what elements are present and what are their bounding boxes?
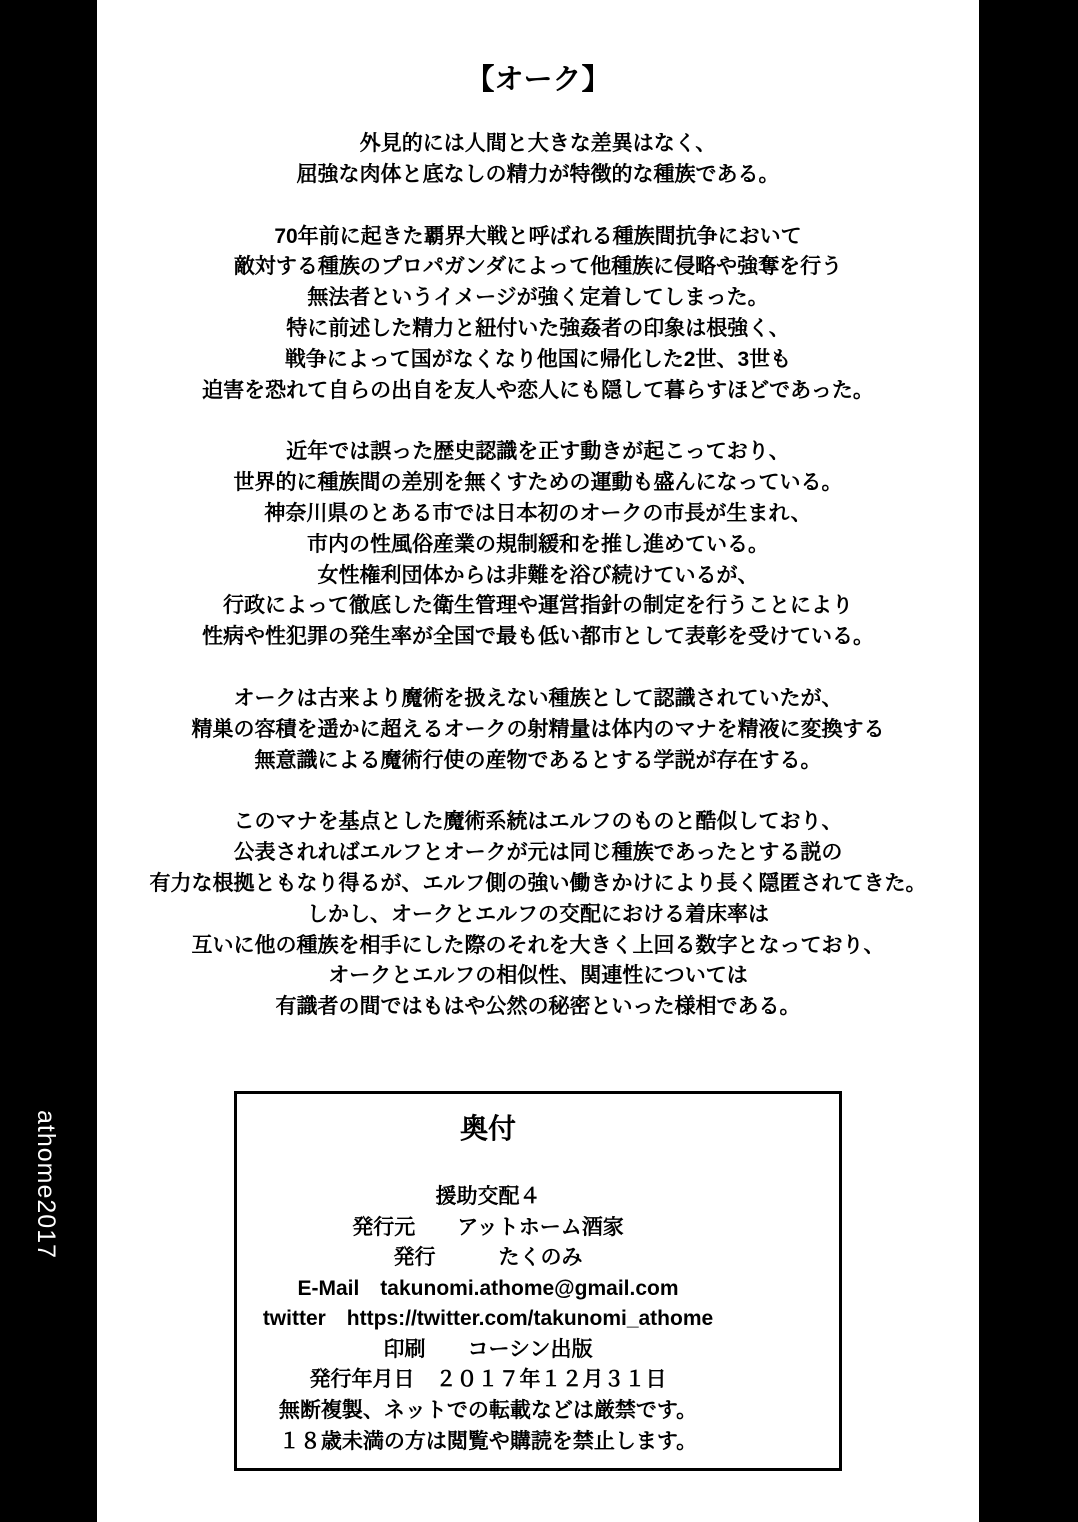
left-black-bar — [0, 0, 97, 1522]
colophon-line-author: 発行 たくのみ — [237, 1243, 739, 1274]
paragraph-1: 外見的には人間と大きな差異はなく、 屈強な肉体と底なしの精力が特徴的な種族である… — [97, 129, 979, 191]
body-line: 外見的には人間と大きな差異はなく、 — [97, 129, 979, 160]
colophon-title: 奥付 — [237, 1112, 739, 1146]
body-line: 互いに他の種族を相手にした際のそれを大きく上回る数字となっており、 — [97, 931, 979, 962]
body-line: 公表されればエルフとオークが元は同じ種族であったとする説の — [97, 838, 979, 869]
right-black-bar — [979, 0, 1078, 1522]
colophon-line-age-restriction: １８歳未満の方は閲覧や購読を禁止します。 — [237, 1427, 739, 1458]
body-line: 女性権利団体からは非難を浴び続けているが、 — [97, 561, 979, 592]
body-line: オークは古来より魔術を扱えない種族として認識されていたが、 — [97, 684, 979, 715]
colophon-line-email: E-Mail takunomi.athome@gmail.com — [237, 1274, 739, 1305]
body-line: 近年では誤った歴史認識を正す動きが起こっており、 — [97, 437, 979, 468]
article-title: 【オーク】 — [97, 62, 979, 98]
colophon-box: 奥付 援助交配４ 発行元 アットホーム酒家 発行 たくのみ E-Mail tak… — [234, 1091, 842, 1471]
body-line: 無意識による魔術行使の産物であるとする学説が存在する。 — [97, 746, 979, 777]
body-line: 精巣の容積を遥かに超えるオークの射精量は体内のマナを精液に変換する — [97, 715, 979, 746]
colophon-line-publish-date: 発行年月日 ２０１７年１２月３１日 — [237, 1365, 739, 1396]
body-line: 行政によって徹底した衛生管理や運営指針の制定を行うことにより — [97, 591, 979, 622]
body-line: このマナを基点とした魔術系統はエルフのものと酷似しており、 — [97, 807, 979, 838]
body-line: 屈強な肉体と底なしの精力が特徴的な種族である。 — [97, 160, 979, 191]
body-line: 特に前述した精力と紐付いた強姦者の印象は根強く、 — [97, 314, 979, 345]
body-line: 性病や性犯罪の発生率が全国で最も低い都市として表彰を受けている。 — [97, 622, 979, 653]
colophon-line-book-title: 援助交配４ — [237, 1182, 739, 1213]
paragraph-4: オークは古来より魔術を扱えない種族として認識されていたが、 精巣の容積を遥かに超… — [97, 684, 979, 776]
body-line: 戦争によって国がなくなり他国に帰化した2世、3世も — [97, 345, 979, 376]
body-line: 市内の性風俗産業の規制緩和を推し進めている。 — [97, 530, 979, 561]
body-line: しかし、オークとエルフの交配における着床率は — [97, 900, 979, 931]
body-line: 70年前に起きた覇界大戦と呼ばれる種族間抗争において — [97, 222, 979, 253]
body-line: 迫害を恐れて自らの出自を友人や恋人にも隠して暮らすほどであった。 — [97, 376, 979, 407]
body-line: 敵対する種族のプロパガンダによって他種族に侵略や強奪を行う — [97, 252, 979, 283]
body-line: 世界的に種族間の差別を無くすための運動も盛んになっている。 — [97, 468, 979, 499]
body-line: 有識者の間ではもはや公然の秘密といった様相である。 — [97, 992, 979, 1023]
colophon-line-copyright-notice: 無断複製、ネットでの転載などは厳禁です。 — [237, 1396, 739, 1427]
body-line: 神奈川県のとある市では日本初のオークの市長が生まれ、 — [97, 499, 979, 530]
colophon-content: 奥付 援助交配４ 発行元 アットホーム酒家 発行 たくのみ E-Mail tak… — [237, 1094, 839, 1468]
body-line: オークとエルフの相似性、関連性については — [97, 961, 979, 992]
colophon-line-printer: 印刷 コーシン出版 — [237, 1335, 739, 1366]
paragraph-3: 近年では誤った歴史認識を正す動きが起こっており、 世界的に種族間の差別を無くすた… — [97, 437, 979, 653]
colophon-line-publisher: 発行元 アットホーム酒家 — [237, 1213, 739, 1244]
spine-text: athome2017 — [31, 1110, 60, 1259]
paragraph-2: 70年前に起きた覇界大戦と呼ばれる種族間抗争において 敵対する種族のプロパガンダ… — [97, 222, 979, 407]
article: 【オーク】 外見的には人間と大きな差異はなく、 屈強な肉体と底なしの精力が特徴的… — [97, 0, 979, 1471]
body-line: 無法者というイメージが強く定着してしまった。 — [97, 283, 979, 314]
colophon-line-twitter: twitter https://twitter.com/takunomi_ath… — [237, 1304, 739, 1335]
scanned-page: athome2017 【オーク】 外見的には人間と大きな差異はなく、 屈強な肉体… — [0, 0, 1078, 1522]
paragraph-5: このマナを基点とした魔術系統はエルフのものと酷似しており、 公表されればエルフと… — [97, 807, 979, 1023]
body-line: 有力な根拠ともなり得るが、エルフ側の強い働きかけにより長く隠匿されてきた。 — [97, 869, 979, 900]
